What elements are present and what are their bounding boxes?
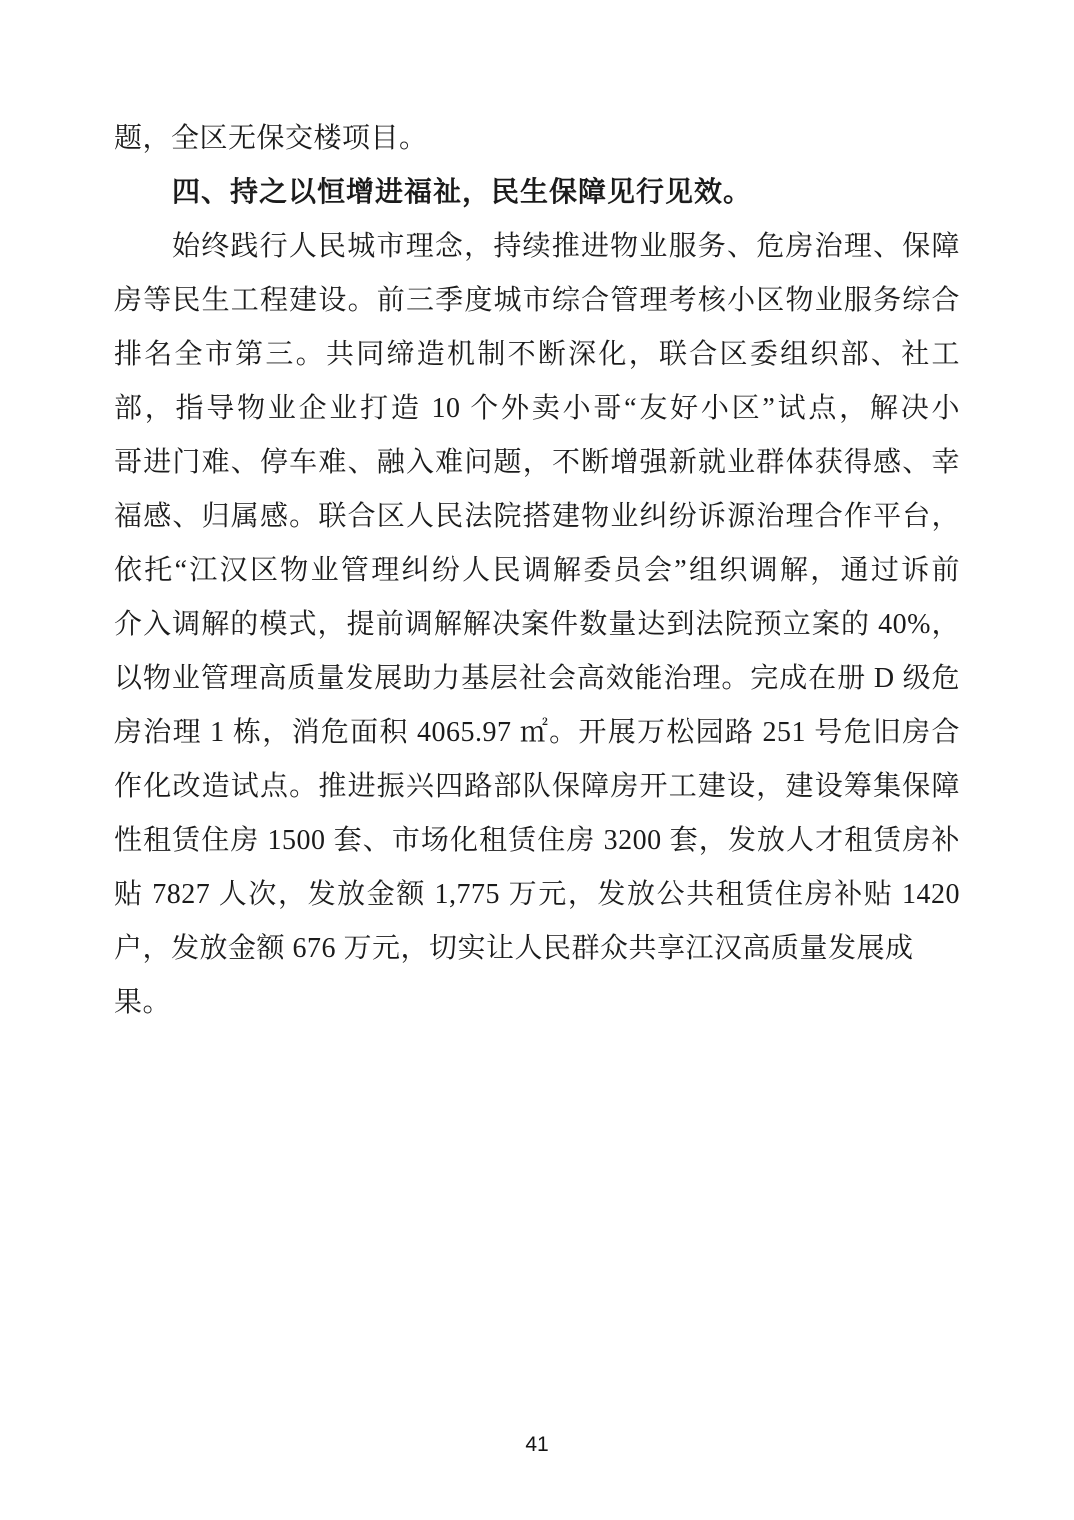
text-line: 贴 7827 人次，发放金额 1,775 万元，发放公共租赁住房补贴 1420 (114, 868, 960, 922)
text-line: 果。 (114, 976, 960, 1030)
text-line: 福感、归属感。联合区人民法院搭建物业纠纷诉源治理合作平台， (114, 490, 960, 544)
text-line: 户，发放金额 676 万元，切实让人民群众共享江汉高质量发展成 (114, 922, 960, 976)
document-page: 题，全区无保交楼项目。 四、持之以恒增进福祉，民生保障见行见效。 始终践行人民城… (0, 0, 1074, 1520)
document-body: 题，全区无保交楼项目。 四、持之以恒增进福祉，民生保障见行见效。 始终践行人民城… (114, 112, 960, 1030)
text-line: 始终践行人民城市理念，持续推进物业服务、危房治理、保障 (114, 220, 960, 274)
page-number: 41 (0, 1430, 1074, 1460)
text-line: 以物业管理高质量发展助力基层社会高效能治理。完成在册 D 级危 (114, 652, 960, 706)
text-line: 性租赁住房 1500 套、市场化租赁住房 3200 套，发放人才租赁房补 (114, 814, 960, 868)
text-line: 题，全区无保交楼项目。 (114, 112, 960, 166)
section-heading: 四、持之以恒增进福祉，民生保障见行见效。 (114, 166, 960, 220)
text-line: 房治理 1 栋，消危面积 4065.97 ㎡。开展万松园路 251 号危旧房合 (114, 706, 960, 760)
text-line: 房等民生工程建设。前三季度城市综合管理考核小区物业服务综合 (114, 274, 960, 328)
text-line: 哥进门难、停车难、融入难问题，不断增强新就业群体获得感、幸 (114, 436, 960, 490)
text-line: 作化改造试点。推进振兴四路部队保障房开工建设，建设筹集保障 (114, 760, 960, 814)
text-line: 排名全市第三。共同缔造机制不断深化，联合区委组织部、社工 (114, 328, 960, 382)
text-line: 依托“江汉区物业管理纠纷人民调解委员会”组织调解，通过诉前 (114, 544, 960, 598)
text-line: 介入调解的模式，提前调解解决案件数量达到法院预立案的 40%， (114, 598, 960, 652)
text-line: 部，指导物业企业打造 10 个外卖小哥“友好小区”试点，解决小 (114, 382, 960, 436)
